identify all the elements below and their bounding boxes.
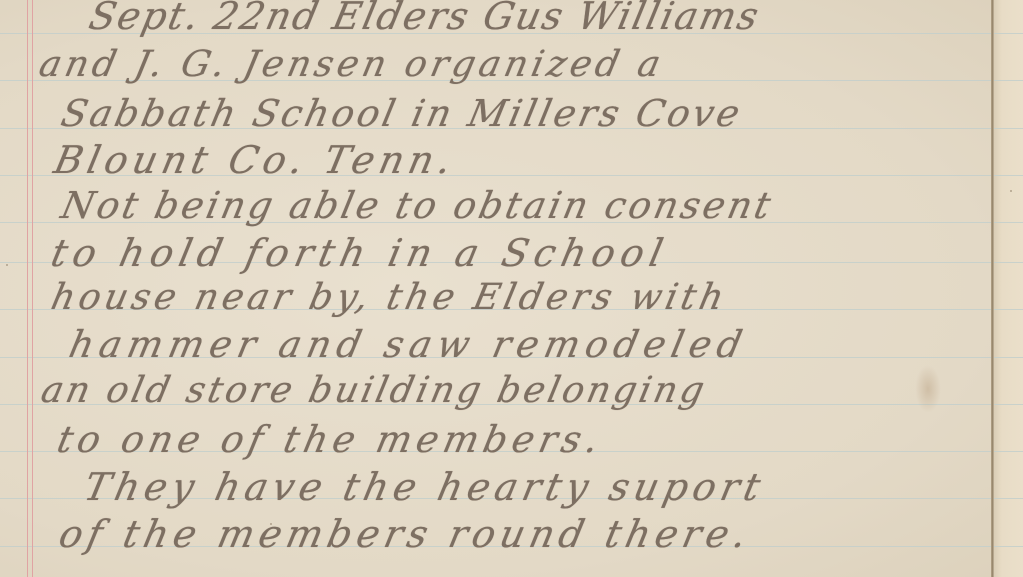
paper-speck [6,264,8,266]
handwritten-line-2: and J. G. Jensen organized a [36,44,668,85]
handwritten-line-12: of the members round there. [55,512,755,556]
handwritten-line-10: to one of the members. [53,418,607,461]
handwritten-line-5: Not being able to obtain consent [57,184,777,227]
margin-line-left [27,0,28,577]
handwritten-line-4: Blount Co. Tenn. [50,138,460,182]
margin-line-right [32,0,33,577]
page-gutter-edge [991,0,994,577]
handwritten-line-11: They have the hearty suport [80,465,769,509]
ink-stain [915,365,941,413]
handwritten-line-9: an old store building belonging [38,370,711,411]
handwritten-line-8: hammer and saw remodeled [65,323,751,366]
handwritten-line-6: to hold forth in a School [47,231,673,275]
handwritten-line-7: house near by, the Elders with [48,277,732,318]
paper-speck [1010,190,1012,192]
handwritten-line-1: Sept. 22nd Elders Gus Williams [85,0,764,38]
handwritten-line-3: Sabbath School in Millers Cove [57,92,746,135]
